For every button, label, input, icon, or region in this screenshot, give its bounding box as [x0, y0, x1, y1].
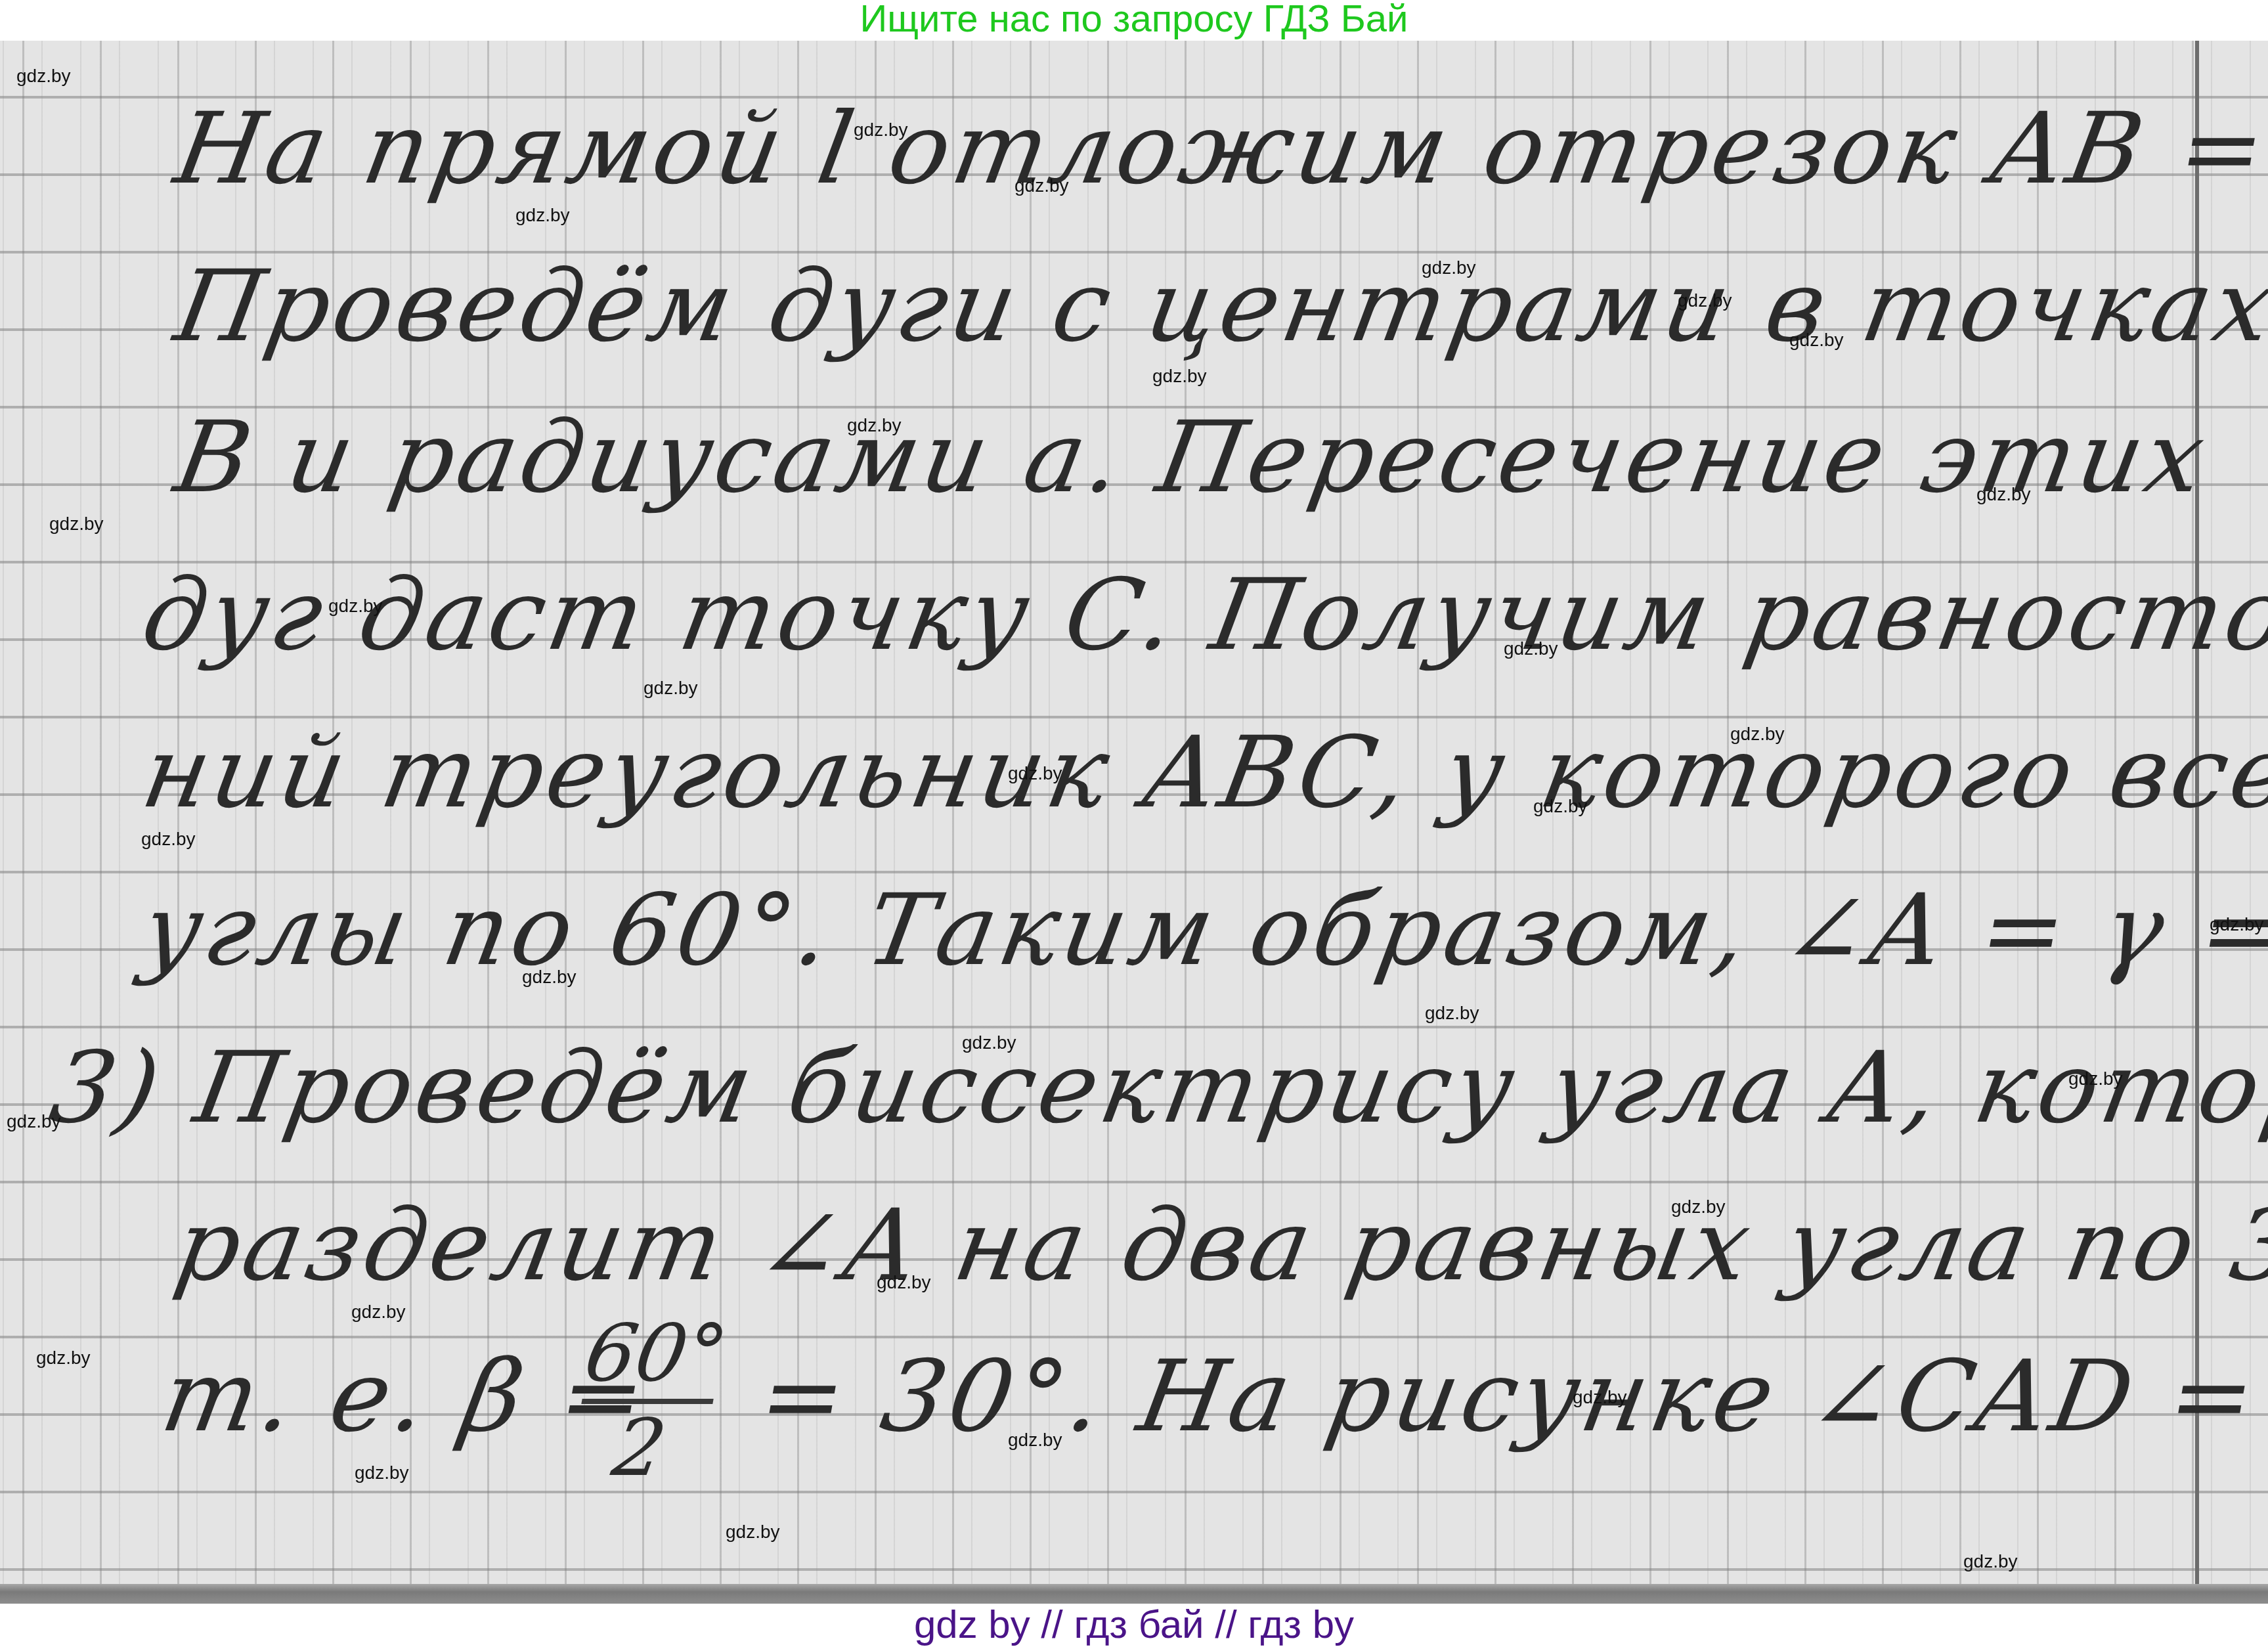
watermark: gdz.by: [1671, 1197, 1726, 1218]
watermark: gdz.by: [726, 1522, 780, 1543]
watermark: gdz.by: [854, 120, 908, 141]
watermark: gdz.by: [1008, 1430, 1062, 1451]
watermark: gdz.by: [141, 829, 196, 850]
watermark: gdz.by: [2210, 914, 2264, 935]
watermark: gdz.by: [2068, 1068, 2123, 1089]
watermark: gdz.by: [36, 1348, 91, 1369]
handwritten-line-10: = 30°. На рисунке ∠CAD = β = 30°: [753, 1348, 2268, 1446]
fraction-denominator: 2: [607, 1409, 672, 1488]
watermark: gdz.by: [1422, 257, 1476, 278]
watermark: gdz.by: [355, 1462, 409, 1483]
watermark: gdz.by: [7, 1111, 61, 1132]
watermark: gdz.by: [328, 596, 383, 617]
handwritten-line-5: ний треугольник ABC, у которого все: [136, 724, 2268, 822]
watermark: gdz.by: [16, 66, 71, 87]
handwritten-line-3: B и радиусами a. Пересечение этих: [169, 408, 2215, 507]
handwritten-line-2: Проведём дуги с центрами в точках A и: [169, 257, 2268, 356]
watermark: gdz.by: [877, 1272, 931, 1293]
watermark: gdz.by: [962, 1032, 1016, 1053]
footer-banner: gdz by // гдз бай // гдз by: [0, 1605, 2268, 1647]
watermark: gdz.by: [1789, 330, 1844, 351]
watermark: gdz.by: [49, 514, 104, 535]
watermark: gdz.by: [1573, 1387, 1627, 1408]
watermark: gdz.by: [1963, 1551, 2018, 1572]
promo-banner: Ищите нас по запросу ГДЗ Бай: [0, 0, 2268, 41]
watermark: gdz.by: [1730, 724, 1785, 745]
handwritten-line-4: дуг даст точку C. Получим равносторон-: [136, 566, 2268, 665]
fraction-numerator: 60°: [579, 1315, 733, 1394]
watermark: gdz.by: [1678, 290, 1732, 311]
watermark: gdz.by: [1014, 175, 1069, 196]
watermark: gdz.by: [351, 1302, 406, 1323]
notebook-page: На прямой l отложим отрезок AB = a. Пров…: [0, 41, 2268, 1584]
watermark: gdz.by: [1425, 1003, 1479, 1024]
watermark: gdz.by: [522, 967, 577, 988]
handwritten-line-6: углы по 60°. Таким образом, ∠A = γ = 60°: [136, 881, 2268, 980]
watermark: gdz.by: [1533, 796, 1588, 817]
watermark: gdz.by: [847, 415, 902, 436]
watermark: gdz.by: [1008, 763, 1062, 784]
watermark: gdz.by: [1152, 366, 1207, 387]
watermark: gdz.by: [643, 678, 698, 699]
watermark: gdz.by: [515, 205, 570, 226]
watermark: gdz.by: [1504, 638, 1558, 659]
handwritten-line-1: На прямой l отложим отрезок AB = a.: [169, 100, 2268, 198]
scan-edge: [0, 1584, 2268, 1604]
watermark: gdz.by: [1976, 484, 2031, 505]
handwritten-line-7: 3) Проведём биссектрису угла A, которая: [44, 1039, 2268, 1137]
handwritten-line-8: разделит ∠A на два равных угла по 30°,: [169, 1197, 2268, 1295]
